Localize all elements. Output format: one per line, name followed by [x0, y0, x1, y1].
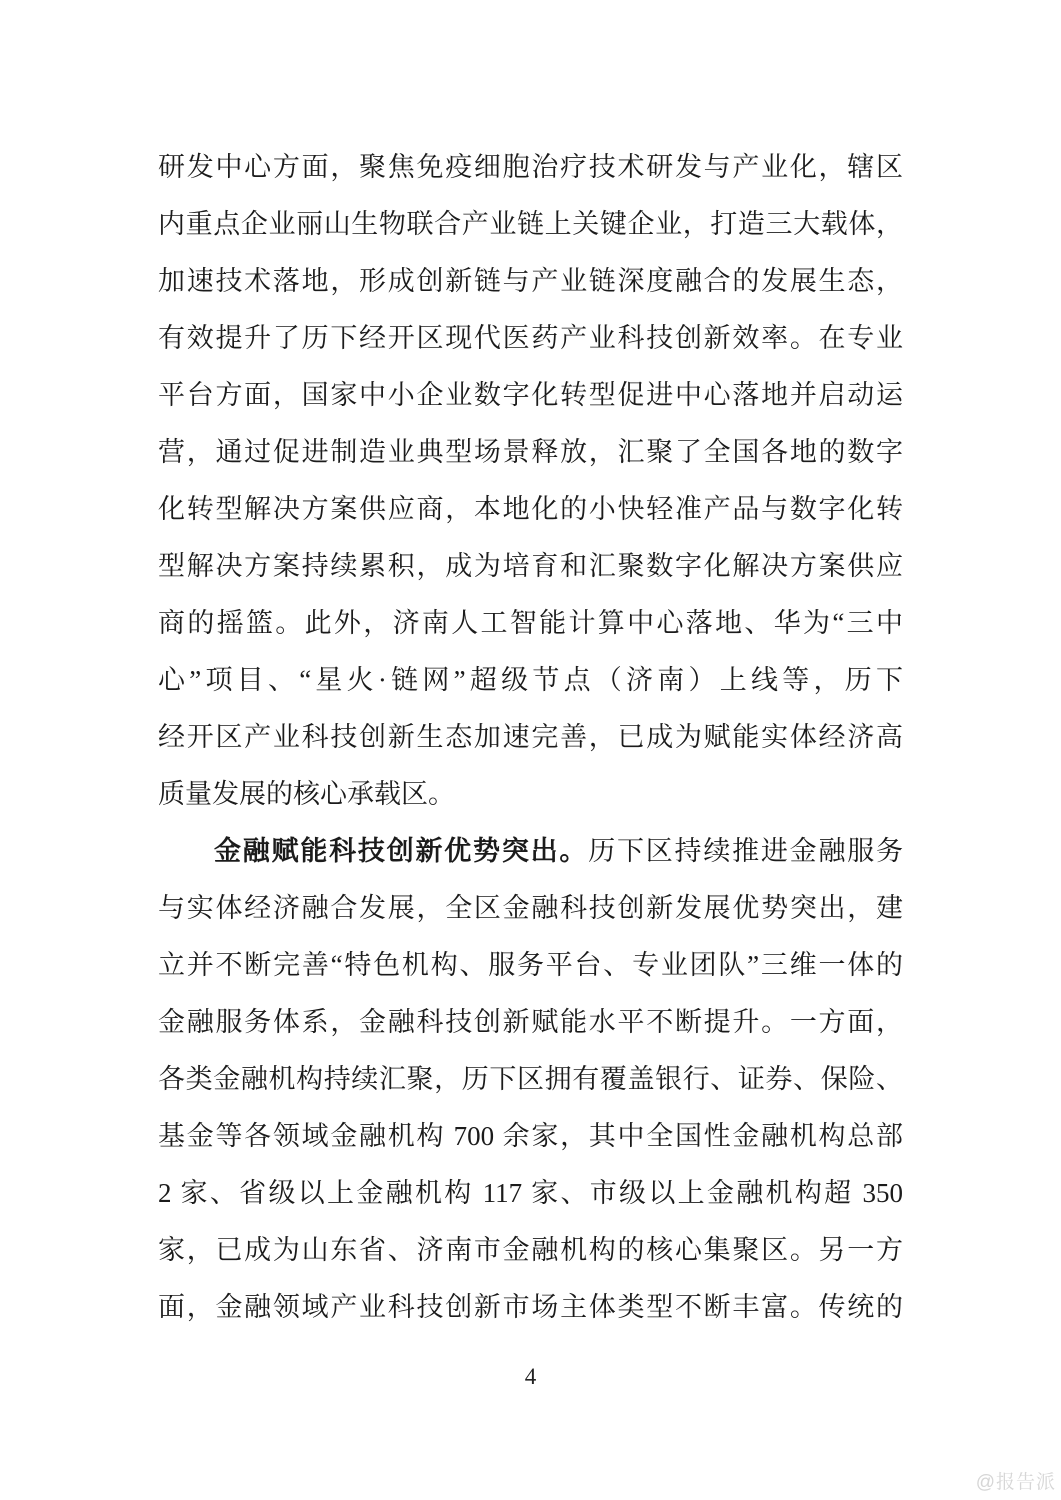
paragraph-line: 质量发展的核心承载区。 [158, 766, 903, 823]
paragraph-line: 研发中心方面，聚焦免疫细胞治疗技术研发与产业化，辖区 [158, 139, 903, 196]
paragraph-line: 有效提升了历下经开区现代医药产业科技创新效率。在专业 [158, 310, 903, 367]
page-number: 4 [0, 1364, 1061, 1390]
paragraph-line: 内重点企业丽山生物联合产业链上关键企业，打造三大载体， [158, 196, 903, 253]
paragraph-line: 各类金融机构持续汇聚，历下区拥有覆盖银行、证券、保险、 [158, 1051, 903, 1108]
paragraph-line: 家，已成为山东省、济南市金融机构的核心集聚区。另一方 [158, 1222, 903, 1279]
document-body: 研发中心方面，聚焦免疫细胞治疗技术研发与产业化，辖区 内重点企业丽山生物联合产业… [158, 139, 903, 1336]
paragraph-line: 金融赋能科技创新优势突出。历下区持续推进金融服务 [158, 823, 903, 880]
paragraph-line: 经开区产业科技创新生态加速完善，已成为赋能实体经济高 [158, 709, 903, 766]
paragraph-line: 面，金融领域产业科技创新市场主体类型不断丰富。传统的 [158, 1279, 903, 1336]
paragraph-line: 心”项目、“星火·链网”超级节点（济南）上线等，历下 [158, 652, 903, 709]
paragraph-line: 基金等各领域金融机构 700 余家，其中全国性金融机构总部 [158, 1108, 903, 1165]
document-page: 研发中心方面，聚焦免疫细胞治疗技术研发与产业化，辖区 内重点企业丽山生物联合产业… [0, 0, 1061, 1500]
paragraph-line: 金融服务体系，金融科技创新赋能水平不断提升。一方面， [158, 994, 903, 1051]
paragraph-line: 立并不断完善“特色机构、服务平台、专业团队”三维一体的 [158, 937, 903, 994]
paragraph-line: 商的摇篮。此外，济南人工智能计算中心落地、华为“三中 [158, 595, 903, 652]
paragraph-line: 营，通过促进制造业典型场景释放，汇聚了全国各地的数字 [158, 424, 903, 481]
paragraph-lead-rest: 历下区持续推进金融服务 [588, 836, 903, 866]
paragraph-line: 2 家、省级以上金融机构 117 家、市级以上金融机构超 350 [158, 1165, 903, 1222]
paragraph-line: 加速技术落地，形成创新链与产业链深度融合的发展生态， [158, 253, 903, 310]
paragraph-line: 与实体经济融合发展，全区金融科技创新发展优势突出，建 [158, 880, 903, 937]
paragraph-lead-heading: 金融赋能科技创新优势突出。 [214, 836, 588, 866]
paragraph-line: 平台方面，国家中小企业数字化转型促进中心落地并启动运 [158, 367, 903, 424]
paragraph-line: 化转型解决方案供应商，本地化的小快轻准产品与数字化转 [158, 481, 903, 538]
watermark: @报告派 [976, 1467, 1056, 1494]
paragraph-line: 型解决方案持续累积，成为培育和汇聚数字化解决方案供应 [158, 538, 903, 595]
